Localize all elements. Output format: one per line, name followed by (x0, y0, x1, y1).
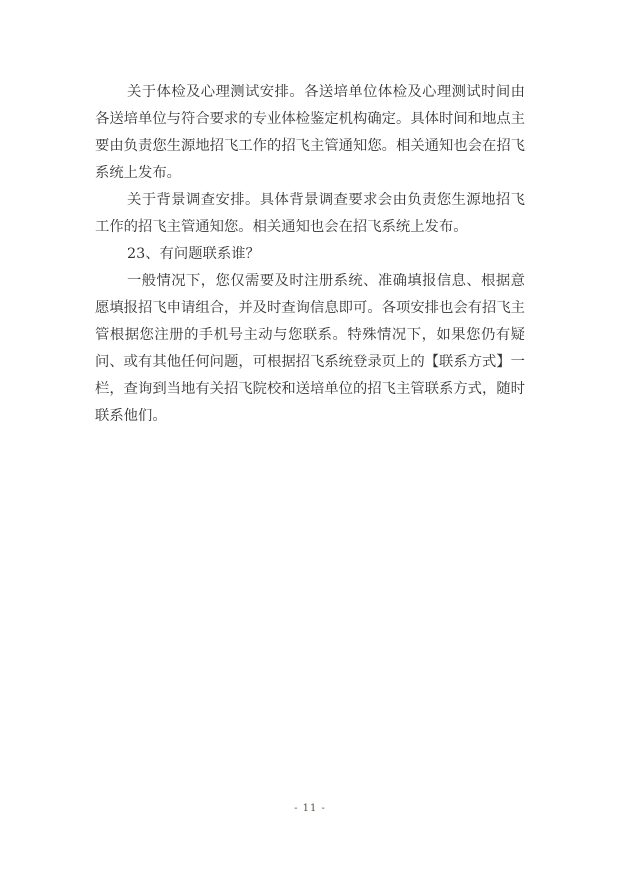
page-body-text: 关于体检及心理测试安排。各送培单位体检及心理测试时间由各送培单位与符合要求的专业… (95, 79, 525, 430)
document-page: 关于体检及心理测试安排。各送培单位体检及心理测试时间由各送培单位与符合要求的专业… (0, 0, 620, 877)
question-23-heading: 23、有问题联系谁？ (95, 241, 525, 268)
paragraph-background-check-arrangement: 关于背景调查安排。具体背景调查要求会由负责您生源地招飞工作的招飞主管通知您。相关… (95, 187, 525, 241)
page-number: - 11 - (0, 802, 620, 816)
paragraph-medical-psych-test-arrangement: 关于体检及心理测试安排。各送培单位体检及心理测试时间由各送培单位与符合要求的专业… (95, 79, 525, 187)
paragraph-contact-instructions: 一般情况下，您仅需要及时注册系统、准确填报信息、根据意愿填报招飞申请组合，并及时… (95, 268, 525, 430)
